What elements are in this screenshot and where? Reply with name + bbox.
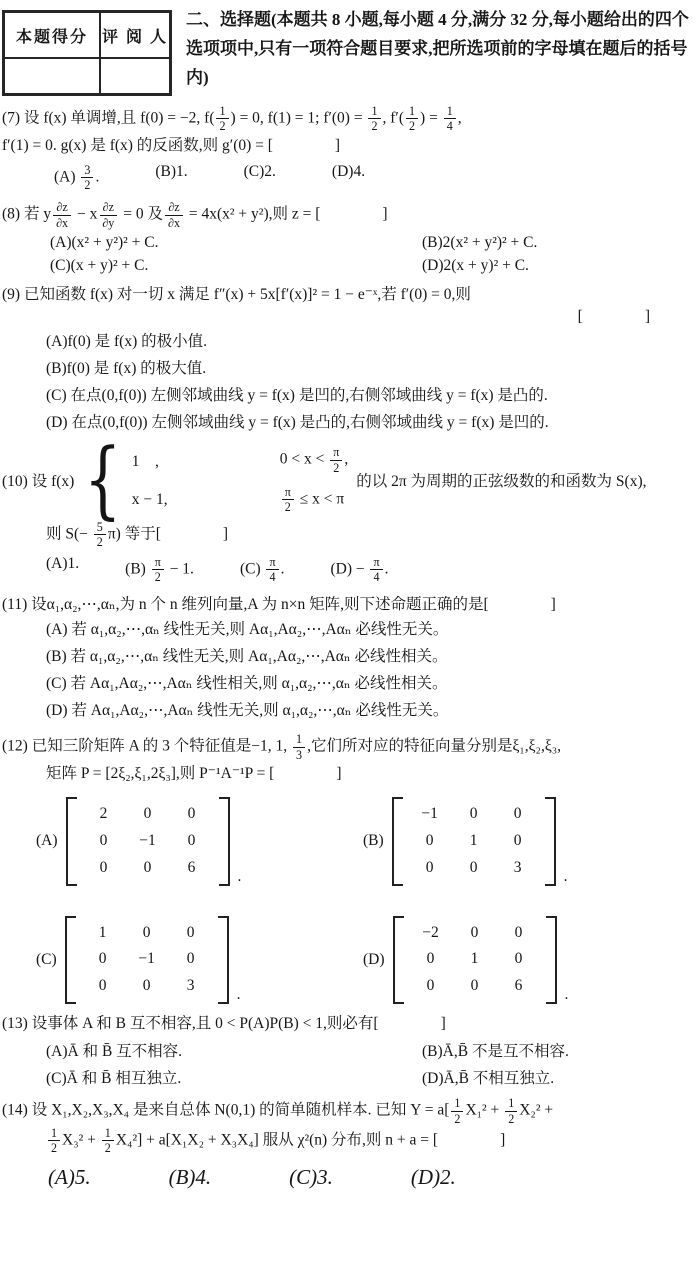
matrix-row: 200 — [82, 802, 214, 827]
matrix-cell: 0 — [169, 921, 213, 946]
fraction: π2 — [152, 555, 164, 585]
question-9: (9) 已知函数 f(x) 对一切 x 满足 f″(x) + 5x[f′(x)]… — [2, 283, 690, 436]
option-c: (C) 1000−10003 . — [36, 916, 363, 1004]
matrix-cell: 0 — [126, 856, 170, 881]
matrix-cell: 0 — [125, 974, 169, 999]
question-10-options: (A)1. (B) π2 − 1. (C) π4. (D) − π4. — [2, 555, 690, 585]
question-7-stem-line-1: (7) 设 f(x) 单调增,且 f(0) = −2, f(12) = 0, f… — [2, 104, 690, 134]
fraction: 12 — [505, 1096, 517, 1126]
fraction: 14 — [444, 104, 456, 134]
option-d: (D) −200010006 . — [363, 916, 690, 1004]
matrix-period: . — [238, 868, 242, 886]
matrix-row: 0−10 — [82, 829, 214, 854]
matrix-cell: −2 — [409, 921, 453, 946]
matrix-row: −200 — [409, 921, 541, 946]
question-7: (7) 设 f(x) 单调增,且 f(0) = −2, f(12) = 0, f… — [2, 104, 690, 192]
reviewer-label-cell: 评 阅 人 — [101, 13, 169, 59]
fraction: 12 — [368, 104, 380, 134]
fraction: 12 — [406, 104, 418, 134]
option-d: (D) − π4. — [330, 555, 388, 585]
matrix-cell: 0 — [496, 829, 540, 854]
score-value-cell — [5, 59, 101, 93]
option-b: (B) −100010003 . — [363, 797, 690, 885]
matrix-cell: 1 — [452, 829, 496, 854]
question-9-stem: (9) 已知函数 f(x) 对一切 x 满足 f″(x) + 5x[f′(x)]… — [2, 283, 690, 306]
option-a: (A) 2000−10006 . — [36, 797, 363, 885]
matrix-row: 006 — [82, 856, 214, 881]
option-a: (A) 若 α₁,α₂,⋯,αₙ 线性无关,则 Aα₁,Aα₂,⋯,Aαₙ 必线… — [46, 616, 690, 643]
piecewise-cases: 1 , 0 < x < π2, x − 1, π2 ≤ x < π — [132, 445, 348, 514]
matrix-cell: 0 — [453, 974, 497, 999]
question-7-options: (A) 32. (B)1. (C)2. (D)4. — [2, 163, 690, 193]
option-c-matrix: 1000−10003 — [65, 916, 229, 1004]
question-12-stem-line-1: (12) 已知三阶矩阵 A 的 3 个特征值是−1, 1, 13,它们所对应的特… — [2, 732, 690, 762]
matrix-cell: 0 — [408, 856, 452, 881]
question-7-stem-line-2: f′(1) = 0. g(x) 是 f(x) 的反函数,则 g′(0) = [ … — [2, 134, 690, 157]
matrix-cell: 0 — [408, 829, 452, 854]
question-13-stem: (13) 设事体 A 和 B 互不相容,且 0 < P(A)P(B) < 1,则… — [2, 1012, 690, 1035]
section-instructions: 二、选择题(本题共 8 小题,每小题 4 分,满分 32 分,每小题给出的四个选… — [186, 4, 690, 93]
option-d: (D)2(x + y)² + C. — [422, 257, 690, 275]
matrix-cell: 1 — [453, 947, 497, 972]
option-b-label: (B) — [363, 832, 384, 850]
case-2-cond: π2 ≤ x < π — [280, 485, 348, 515]
question-8: (8) 若 y∂z∂x − x∂z∂y = 0 及∂z∂x = 4x(x² + … — [2, 200, 690, 275]
fraction: ∂z∂y — [99, 200, 117, 230]
option-d: (D)2. — [411, 1165, 456, 1190]
fraction: ∂z∂x — [165, 200, 183, 230]
option-a: (A)5. — [48, 1165, 91, 1190]
matrix-row: −100 — [408, 802, 540, 827]
question-12: (12) 已知三阶矩阵 A 的 3 个特征值是−1, 1, 13,它们所对应的特… — [2, 732, 690, 1004]
case-1-cond: 0 < x < π2, — [280, 445, 348, 475]
option-b: (B)4. — [169, 1165, 212, 1190]
option-b: (B) 若 α₁,α₂,⋯,αₙ 线性无关,则 Aα₁,Aα₂,⋯,Aαₙ 必线… — [46, 643, 690, 670]
option-c: (C)Ā 和 B̄ 相互独立. — [46, 1066, 422, 1088]
option-b-matrix: −100010003 — [392, 797, 556, 885]
matrix-cell: 0 — [170, 802, 214, 827]
option-d: (D) 若 Aα₁,Aα₂,⋯,Aαₙ 线性无关,则 α₁,α₂,⋯,αₙ 必线… — [46, 697, 690, 724]
matrix-cell: 0 — [497, 947, 541, 972]
option-a: (A)(x² + y²)² + C. — [50, 234, 422, 252]
question-10-tail: 的以 2π 为周期的正弦级数的和函数为 S(x), — [350, 469, 646, 491]
matrix-row: 010 — [409, 947, 541, 972]
matrix-cell: 0 — [126, 802, 170, 827]
question-10-lead: (10) 设 f(x) — [2, 469, 74, 491]
case-2-expr: x − 1, — [132, 491, 280, 509]
matrix-cell: 0 — [81, 974, 125, 999]
option-c: (C) π4. — [240, 555, 285, 585]
case-1-expr: 1 , — [132, 449, 280, 471]
question-14-stem-line-1: (14) 设 X₁,X₂,X₃,X₄ 是来自总体 N(0,1) 的简单随机样本.… — [2, 1096, 690, 1126]
matrix-period: . — [237, 986, 241, 1004]
matrix-row: 0−10 — [81, 947, 213, 972]
option-d: (D)Ā,B̄ 不相互独立. — [422, 1066, 690, 1088]
matrix-cell: 0 — [169, 947, 213, 972]
question-9-answer-bracket: [ ] — [2, 306, 690, 328]
question-8-options: (A)(x² + y²)² + C. (B)2(x² + y²)² + C. (… — [2, 234, 690, 275]
question-10: (10) 设 f(x) { 1 , 0 < x < π2, x − 1, π2 … — [2, 444, 690, 584]
option-b: (B)1. — [155, 163, 187, 193]
option-a-label: (A) — [36, 832, 58, 850]
matrix-period: . — [564, 868, 568, 886]
question-13-options: (A)Ā 和 B̄ 互不相容. (B)Ā,B̄ 不是互不相容. (C)Ā 和 B… — [2, 1039, 690, 1088]
fraction: 13 — [293, 732, 305, 762]
option-c-label: (C) — [36, 951, 57, 969]
option-a: (A)1. — [46, 555, 79, 585]
matrix-row: 003 — [408, 856, 540, 881]
option-c: (C) 在点(0,f(0)) 左侧邻域曲线 y = f(x) 是凹的,右侧邻域曲… — [46, 382, 690, 409]
matrix-cell: −1 — [126, 829, 170, 854]
question-13: (13) 设事体 A 和 B 互不相容,且 0 < P(A)P(B) < 1,则… — [2, 1012, 690, 1088]
option-c: (C)(x + y)² + C. — [50, 257, 422, 275]
matrix-cell: 0 — [82, 829, 126, 854]
matrix-cell: 0 — [125, 921, 169, 946]
fraction: π4 — [266, 555, 278, 585]
matrix-cell: 0 — [170, 829, 214, 854]
question-11-stem: (11) 设α₁,α₂,⋯,αₙ,为 n 个 n 维列向量,A 为 n×n 矩阵… — [2, 593, 690, 616]
case-2: x − 1, π2 ≤ x < π — [132, 485, 348, 515]
matrix-cell: 0 — [409, 974, 453, 999]
matrix-cell: 0 — [453, 921, 497, 946]
question-14-options: (A)5. (B)4. (C)3. (D)2. — [2, 1165, 690, 1190]
question-8-stem: (8) 若 y∂z∂x − x∂z∂y = 0 及∂z∂x = 4x(x² + … — [2, 200, 690, 230]
matrix-cell: 2 — [82, 802, 126, 827]
fraction: ∂z∂x — [53, 200, 71, 230]
fraction: π2 — [330, 445, 342, 475]
option-d-label: (D) — [363, 951, 385, 969]
option-b: (B)f(0) 是 f(x) 的极大值. — [46, 355, 690, 382]
question-14: (14) 设 X₁,X₂,X₃,X₄ 是来自总体 N(0,1) 的简单随机样本.… — [2, 1096, 690, 1190]
page-header: 本题得分 评 阅 人 二、选择题(本题共 8 小题,每小题 4 分,满分 32 … — [2, 4, 690, 96]
option-a: (A)f(0) 是 f(x) 的极小值. — [46, 328, 690, 355]
option-c: (C)3. — [289, 1165, 333, 1190]
matrix-row: 100 — [81, 921, 213, 946]
question-11-options: (A) 若 α₁,α₂,⋯,αₙ 线性无关,则 Aα₁,Aα₂,⋯,Aαₙ 必线… — [2, 616, 690, 725]
option-a: (A) 32. — [54, 163, 99, 193]
fraction: 12 — [216, 104, 228, 134]
fraction: π2 — [282, 485, 294, 515]
matrix-cell: 6 — [497, 974, 541, 999]
option-b: (B)2(x² + y²)² + C. — [422, 234, 690, 252]
matrix-cell: −1 — [408, 802, 452, 827]
matrix-cell: 0 — [452, 856, 496, 881]
matrix-cell: 0 — [496, 802, 540, 827]
score-table: 本题得分 评 阅 人 — [2, 10, 172, 96]
option-c: (C)2. — [244, 163, 276, 193]
option-c: (C) 若 Aα₁,Aα₂,⋯,Aαₙ 线性相关,则 α₁,α₂,⋯,αₙ 必线… — [46, 670, 690, 697]
question-10-piecewise: (10) 设 f(x) { 1 , 0 < x < π2, x − 1, π2 … — [2, 444, 690, 515]
fraction: 12 — [48, 1126, 60, 1156]
matrix-cell: 0 — [81, 947, 125, 972]
matrix-cell: 3 — [496, 856, 540, 881]
matrix-cell: 3 — [169, 974, 213, 999]
option-d: (D)4. — [332, 163, 365, 193]
matrix-row: 003 — [81, 974, 213, 999]
matrix-row: 006 — [409, 974, 541, 999]
left-brace-icon: { — [84, 444, 121, 515]
question-14-stem-line-2: 12X₃² + 12X₄²] + a[X₁X₂ + X₃X₄] 服从 χ²(n)… — [2, 1126, 690, 1156]
question-11: (11) 设α₁,α₂,⋯,αₙ,为 n 个 n 维列向量,A 为 n×n 矩阵… — [2, 593, 690, 725]
matrix-cell: 6 — [170, 856, 214, 881]
matrix-period: . — [565, 986, 569, 1004]
matrix-cell: 1 — [81, 921, 125, 946]
matrix-row: 010 — [408, 829, 540, 854]
fraction: 12 — [451, 1096, 463, 1126]
option-d: (D) 在点(0,f(0)) 左侧邻域曲线 y = f(x) 是凸的,右侧邻域曲… — [46, 409, 690, 436]
fraction: 12 — [102, 1126, 114, 1156]
option-a-matrix: 2000−10006 — [66, 797, 230, 885]
option-a: (A)Ā 和 B̄ 互不相容. — [46, 1039, 422, 1061]
option-d-matrix: −200010006 — [393, 916, 557, 1004]
matrix-cell: 0 — [452, 802, 496, 827]
matrix-cell: 0 — [82, 856, 126, 881]
matrix-cell: 0 — [497, 921, 541, 946]
matrix-cell: −1 — [125, 947, 169, 972]
case-1: 1 , 0 < x < π2, — [132, 445, 348, 475]
exam-page: 本题得分 评 阅 人 二、选择题(本题共 8 小题,每小题 4 分,满分 32 … — [0, 0, 698, 1200]
fraction: 32 — [81, 163, 93, 193]
option-b: (B)Ā,B̄ 不是互不相容. — [422, 1039, 690, 1061]
matrix-cell: 0 — [409, 947, 453, 972]
question-12-options: (A) 2000−10006 . (B) −100010003 . (C) 10… — [2, 797, 690, 1004]
fraction: π4 — [370, 555, 382, 585]
option-b: (B) π2 − 1. — [125, 555, 194, 585]
reviewer-value-cell — [101, 59, 169, 93]
score-label-cell: 本题得分 — [5, 13, 101, 59]
question-9-options: (A)f(0) 是 f(x) 的极小值. (B)f(0) 是 f(x) 的极大值… — [2, 328, 690, 437]
question-12-stem-line-2: 矩阵 P = [2ξ₂,ξ₁,2ξ₃],则 P⁻¹A⁻¹P = [ ] — [2, 762, 690, 785]
